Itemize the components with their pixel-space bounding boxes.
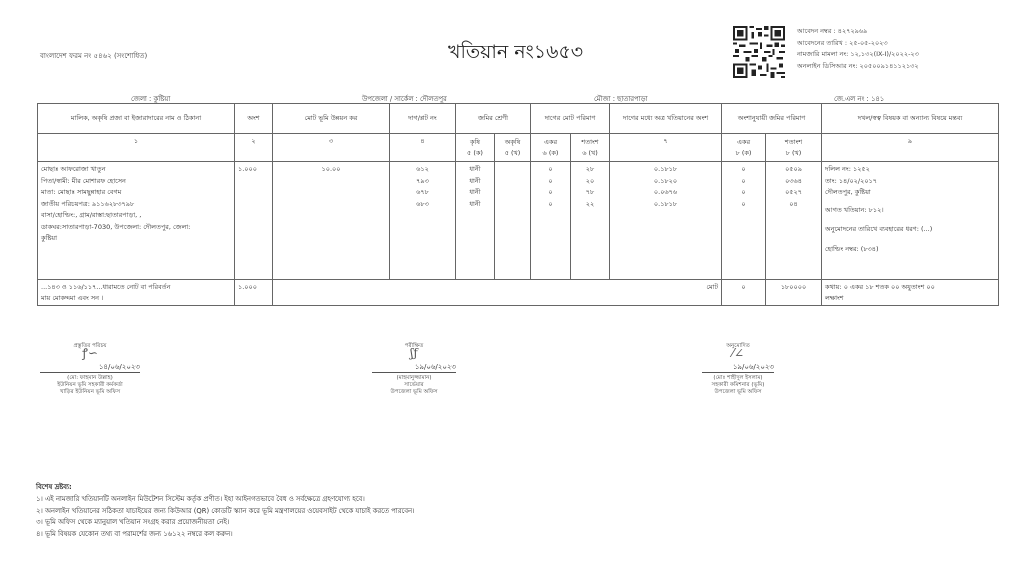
footer-share: ১.০০০ (235, 280, 273, 306)
signature-line (372, 372, 456, 373)
col-number-7: ৭ (610, 134, 722, 162)
signatory-office: উপজেলা ভূমি অফিস (372, 389, 456, 396)
signature-date: ১৯/০৬/২০২৩ (372, 364, 456, 371)
col-number-8b-label: ৮ (খ) (769, 148, 818, 159)
share-cell: ১.০০০ (235, 162, 273, 280)
header-remarks: দখল/স্বত্ব বিষয়ক বা অন্যান্য বিষয়ে মন্… (822, 104, 999, 134)
page-title: খতিয়ান নং১৬৫৩ (448, 38, 583, 70)
incoming-khatian: আগত খতিয়ান: ৮১২। (825, 205, 995, 217)
dag-number: ৬৮৩ (393, 199, 452, 211)
dag-decimal: ২০ (574, 176, 606, 188)
owner-name: মোছাঃ আফরোজা খাতুন (41, 164, 231, 176)
dag-acre: ০ (534, 164, 567, 176)
header-dag-total: দাগের মোট পরিমাণ (531, 104, 610, 134)
dag-number: ৬১২ (393, 164, 452, 176)
application-info: আবেদন নম্বর : ৪২৭২৯৬৯ আবেদনের তারিখ : ২৫… (797, 26, 919, 72)
nonagri-label: অকৃষি (498, 137, 527, 148)
table-row: মোছাঃ আফরোজা খাতুন পিতা/স্বামী: মীর মোশা… (38, 162, 999, 280)
col-number-5b-label: ৫ (খ) (498, 148, 527, 159)
footer-note-cell: ...১৪৩ ও ১১৬/১১৭...ধারামতে নোট বা পরিবর্… (38, 280, 235, 306)
owner-cell: মোছাঃ আফরোজা খাতুন পিতা/স্বামী: মীর মোশা… (38, 162, 235, 280)
owner-address-1: বাসা/হোল্ডিং:, গ্রাম/রাস্তা:ছাতারপাড়া, … (41, 210, 231, 222)
agri-label: কৃষি (459, 137, 491, 148)
signature-line (40, 372, 140, 373)
mutation-case-number: নামজারি মামলা নং: ১২,১৩২(IX-I)/২০২২-২৩ (797, 49, 919, 61)
decimal-label: শতাংশ (574, 137, 606, 148)
share-in-dag: ০.০৬৭৬ (613, 187, 718, 199)
share-in-dag-cell: ০.১৮১৮ ০.১৮২০ ০.০৬৭৬ ০.১৮১৮ (610, 162, 722, 280)
signature-date: ১৯/০৬/২০২৩ (702, 364, 774, 371)
signature-scribble-icon: ʃƒ (372, 350, 456, 364)
signatory-title: সহকারী কমিশনার (ভূমি) (702, 382, 774, 389)
land-class: ধানী (459, 199, 491, 211)
share-in-dag: ০.১৮১৮ (613, 199, 718, 211)
signature-block-prepared: প্রস্তুতির পরিচয় ꝭ∽ ১৪/০৬/২০২৩ (মো: ফাহ… (40, 343, 140, 396)
signatory-office: উপজেলা ভূমি অফিস (702, 389, 774, 396)
signatory-name: (মোঃ শাহীদুল ইসলাম) (702, 375, 774, 382)
decimal-label: শতাংশ (769, 137, 818, 148)
acre-label: একর (725, 137, 762, 148)
column-number-row: ১ ২ ৩ ৪ কৃষি৫ (ক) অকৃষি৫ (খ) একর৬ (ক) শত… (38, 134, 999, 162)
special-notes: বিশেষ দ্রষ্টব্য: ১। এই নামজারি খতিয়ানটি… (36, 482, 414, 541)
spacer (825, 216, 995, 224)
form-number: বাংলাদেশ ফরম নং ৫৪৬২ (সংশোধিত) (40, 50, 147, 62)
table-footer-row: ...১৪৩ ও ১১৬/১১৭...ধারামতে নোট বা পরিবর্… (38, 280, 999, 306)
note-item: ৩। ভূমি অফিস থেকে ম্যানুয়াল খতিয়ান সংগ… (36, 517, 414, 529)
land-class: ধানী (459, 187, 491, 199)
share-acre: ০ (725, 199, 762, 211)
col-number-9: ৯ (822, 134, 999, 162)
share-in-dag: ০.১৮২০ (613, 176, 718, 188)
dag-number: ৬৭৮ (393, 187, 452, 199)
online-dcr-number: অনলাইন ডিসিআর নং: ২০৫০০৯১৪১১২১৩২ (797, 61, 919, 73)
owner-address-2: ডাকঘর:সাতারপাড়া-7030, উপজেলা: দৌলতপুর, … (41, 222, 231, 234)
col-number-6a-label: ৬ (ক) (534, 148, 567, 159)
header-share: অংশ (235, 104, 273, 134)
share-acre: ০ (725, 164, 762, 176)
header-owner: মালিক, অকৃষি প্রজা বা ইজারাদারের নাম ও ঠ… (38, 104, 235, 134)
dag-decimal: ২২ (574, 199, 606, 211)
col-number-6b: শতাংশ৬ (খ) (571, 134, 610, 162)
dag-decimal: ২৮ (574, 164, 606, 176)
signature-line (702, 372, 774, 373)
col-number-5a-label: ৫ (ক) (459, 148, 491, 159)
dag-acre: ০ (534, 176, 567, 188)
footer-note-line1: ...১৪৩ ও ১১৬/১১৭...ধারামতে নোট বা পরিবর্… (41, 282, 231, 293)
owner-mother: মাতা: মোছাঃ সামছুন্নাহার বেগম (41, 187, 231, 199)
header-share-land: অংশানুযায়ী জমির পরিমাণ (722, 104, 822, 134)
note-item: ১। এই নামজারি খতিয়ানটি অনলাইন মিউটেশন স… (36, 494, 414, 506)
land-class: ধানী (459, 164, 491, 176)
dag-acre-cell: ০ ০ ০ ০ (531, 162, 571, 280)
col-number-5b: অকৃষি৫ (খ) (495, 134, 531, 162)
col-number-2: ২ (235, 134, 273, 162)
application-number: আবেদন নম্বর : ৪২৭২৯৬৯ (797, 26, 919, 38)
col-number-5a: কৃষি৫ (ক) (456, 134, 495, 162)
col-number-8b: শতাংশ৮ (খ) (766, 134, 822, 162)
col-number-1: ১ (38, 134, 235, 162)
holding-number: হোল্ডিং নম্বর: (৮৩৪) (825, 244, 995, 256)
col-number-6b-label: ৬ (খ) (574, 148, 606, 159)
notes-heading: বিশেষ দ্রষ্টব্য: (36, 482, 414, 494)
share-decimal: ০৩৬৪ (769, 176, 818, 188)
land-class-cell: ধানী ধানী ধানী ধানী (456, 162, 495, 280)
dag-cell: ৬১২ ৭৯৩ ৬৭৮ ৬৮৩ (390, 162, 456, 280)
signature-block-checked: পরীক্ষিত ʃƒ ১৯/০৬/২০২৩ (মাহমানুজ্জামান) … (372, 343, 456, 396)
owner-address-3: কুষ্টিয়া (41, 233, 231, 245)
header-dag: দাগ/প্লট নং (390, 104, 456, 134)
col-number-8a-label: ৮ (ক) (725, 148, 762, 159)
share-decimal: ০৫২৭ (769, 187, 818, 199)
deed-location: দৌলতপুর, কুষ্টিয়া (825, 187, 995, 199)
owner-father: পিতা/স্বামী: মীর মোশারফ হোসেন (41, 176, 231, 188)
share-acre-cell: ০ ০ ০ ০ (722, 162, 766, 280)
total-in-words-line1: কথায়: ০ একর ১৮ শতক ০০ অযুতাংশ ০০ (825, 282, 995, 293)
header-land-class: জমির শ্রেণী (456, 104, 531, 134)
header-tax: মোট ভূমি উন্নয়ন কর (273, 104, 390, 134)
signatory-office: খাড়ির ইউনিয়ন ভূমি অফিস (40, 389, 140, 396)
col-number-3: ৩ (273, 134, 390, 162)
signatory-title: ইউনিয়ন ভূমি সহকারী কর্মকর্তা (40, 382, 140, 389)
signature-block-approved: অনুমোদিত ⁄∠ ১৯/০৬/২০২৩ (মোঃ শাহীদুল ইসলা… (702, 343, 774, 396)
acre-label: একর (534, 137, 567, 148)
land-class: ধানী (459, 176, 491, 188)
col-number-6a: একর৬ (ক) (531, 134, 571, 162)
dag-acre: ০ (534, 199, 567, 211)
deed-number: দলিল নং: ১২৫২ (825, 164, 995, 176)
dag-decimal-cell: ২৮ ২০ ৭৮ ২২ (571, 162, 610, 280)
dag-acre: ০ (534, 187, 567, 199)
share-decimal: ০৫০৯ (769, 164, 818, 176)
signature-scribble-icon: ꝭ∽ (40, 350, 140, 364)
signatory-name: (মো: ফাহমান উল্লাহ) (40, 375, 140, 382)
signature-scribble-icon: ⁄∠ (702, 350, 774, 364)
spacer (825, 236, 995, 244)
qr-code-icon[interactable] (733, 26, 785, 78)
note-item: ৪। ভূমি বিষয়ক যেকোন তথ্য বা পরামর্শের জ… (36, 529, 414, 541)
share-decimal-cell: ০৫০৯ ০৩৬৪ ০৫২৭ ০৪ (766, 162, 822, 280)
signatory-name: (মাহমানুজ্জামান) (372, 375, 456, 382)
total-acre: ০ (722, 280, 766, 306)
deed-date: তাং: ১৪/০২/২০১৭ (825, 176, 995, 188)
total-in-words: কথায়: ০ একর ১৮ শতক ০০ অযুতাংশ ০০ লক্ষাং… (822, 280, 999, 306)
col-number-8a: একর৮ (ক) (722, 134, 766, 162)
header-share-in-dag: দাগের মধ্যে অত্র খতিয়ানের অংশ (610, 104, 722, 134)
footer-note-line2: মায় মোকদ্দমা এবং সন । (41, 293, 231, 304)
nonagri-cell (495, 162, 531, 280)
usage-type: অনুমোদনের তারিখে ব্যবহারের ধরণ: (...) (825, 224, 995, 236)
dag-decimal: ৭৮ (574, 187, 606, 199)
total-decimal: ১৮০০০০ (766, 280, 822, 306)
application-date: আবেদনের তারিখ : ২৫-০৫-২০২৩ (797, 38, 919, 50)
owner-nid: জাতীয় পরিচয়পত্র: ৯১১৬২৮৩৭৯৮ (41, 199, 231, 211)
signature-date: ১৪/০৬/২০২৩ (40, 364, 140, 371)
note-item: ২। অনলাইন খতিয়ানের সঠিকতা যাচাইয়ের জন্… (36, 506, 414, 518)
share-acre: ০ (725, 176, 762, 188)
signatory-title: সার্ভেয়ার (372, 382, 456, 389)
dag-number: ৭৯৩ (393, 176, 452, 188)
share-acre: ০ (725, 187, 762, 199)
total-in-words-line2: লক্ষাংশ (825, 293, 995, 304)
table-header-row: মালিক, অকৃষি প্রজা বা ইজারাদারের নাম ও ঠ… (38, 104, 999, 134)
tax-cell: ১০.০০ (273, 162, 390, 280)
col-number-4: ৪ (390, 134, 456, 162)
share-decimal: ০৪ (769, 199, 818, 211)
total-label: মোট (273, 280, 722, 306)
khatian-table: মালিক, অকৃষি প্রজা বা ইজারাদারের নাম ও ঠ… (37, 103, 999, 306)
remarks-cell: দলিল নং: ১২৫২ তাং: ১৪/০২/২০১৭ দৌলতপুর, ক… (822, 162, 999, 280)
share-in-dag: ০.১৮১৮ (613, 164, 718, 176)
